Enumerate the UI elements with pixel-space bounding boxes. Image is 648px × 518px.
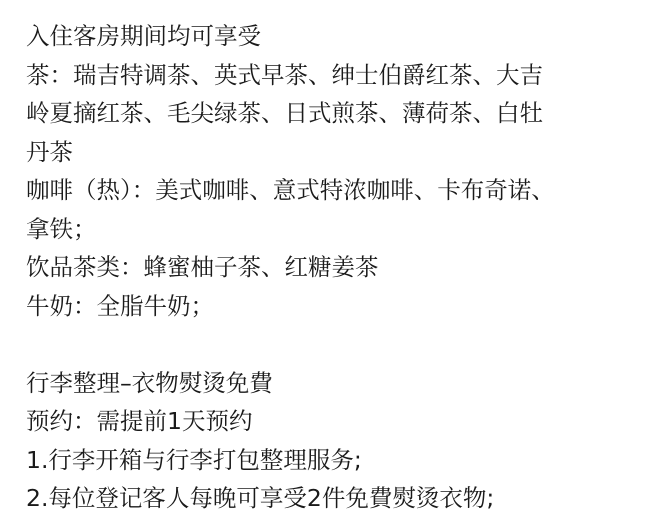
luggage-item-1: 1.行李开箱与行李打包整理服务; — [26, 441, 638, 480]
milk-list: 牛奶：全脂牛奶； — [26, 287, 638, 326]
tea-list-line-3: 丹茶 — [26, 133, 638, 172]
coffee-list-line-2: 拿铁； — [26, 210, 638, 249]
luggage-heading: 行李整理–衣物熨烫免費 — [26, 364, 638, 403]
tea-list-line-2: 岭夏摘红茶、毛尖绿茶、日式煎茶、薄荷茶、白牡 — [26, 94, 638, 133]
paragraph-spacer — [26, 325, 638, 364]
tea-list-line-1: 茶：瑞吉特调茶、英式早茶、绅士伯爵红茶、大吉 — [26, 56, 638, 95]
reservation-note: 预约：需提前1天预约 — [26, 402, 638, 441]
luggage-item-2: 2.每位登记客人每晚可享受2件免費熨烫衣物; — [26, 479, 638, 506]
drinks-list: 饮品茶类：蜂蜜柚子茶、红糖姜茶 — [26, 248, 638, 287]
amenities-heading: 入住客房期间均可享受 — [26, 17, 638, 56]
document-body: 入住客房期间均可享受 茶：瑞吉特调茶、英式早茶、绅士伯爵红茶、大吉 岭夏摘红茶、… — [26, 17, 638, 506]
coffee-list-line-1: 咖啡（热）：美式咖啡、意式特浓咖啡、卡布奇诺、 — [26, 171, 638, 210]
